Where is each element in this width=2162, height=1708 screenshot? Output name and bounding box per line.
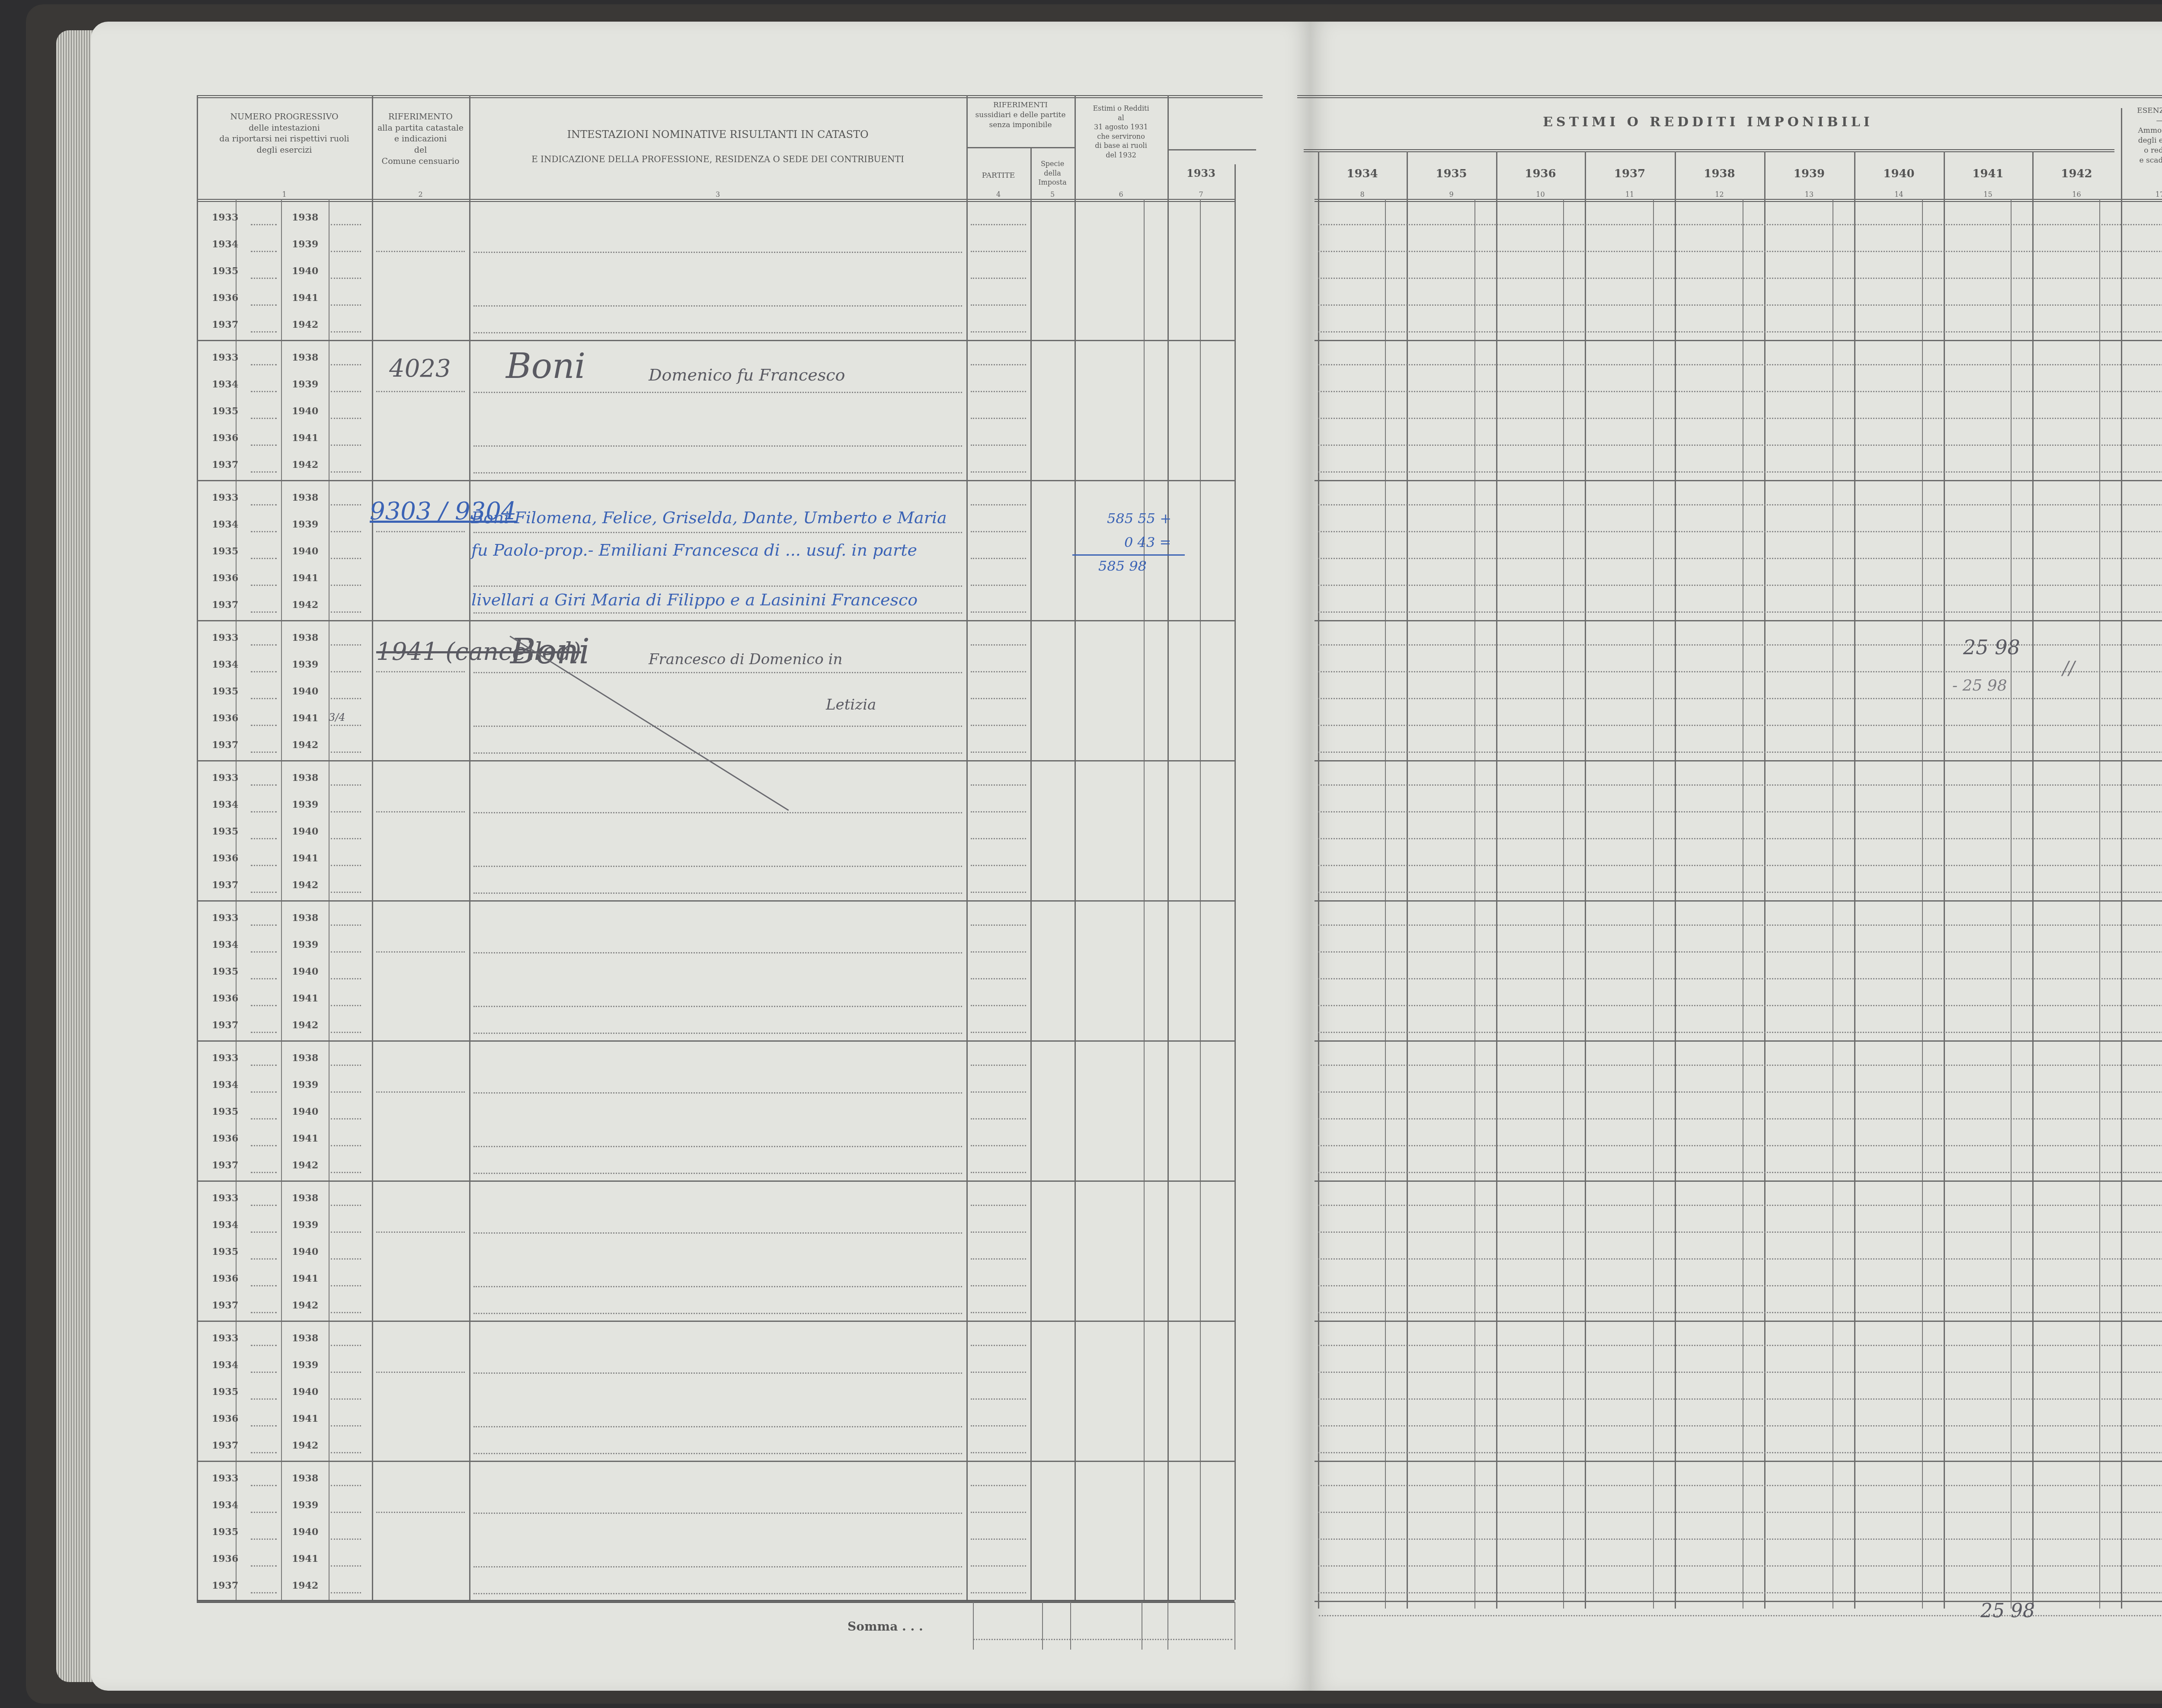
year-label-first: 1936 <box>212 713 238 724</box>
leader-dots <box>331 558 361 559</box>
entry-separator <box>1314 760 2162 761</box>
writing-line <box>473 866 962 867</box>
esenzioni-dots <box>2123 698 2162 699</box>
year-label-second: 1939 <box>292 239 318 250</box>
esenzioni-dots <box>2123 1538 2162 1540</box>
year-label-second: 1941 <box>292 853 318 864</box>
year-column-divider <box>1496 151 1497 1609</box>
year-label-second: 1939 <box>292 1359 318 1371</box>
year-label-second: 1942 <box>292 1160 318 1171</box>
cents-column-line <box>1653 199 1654 1609</box>
header-line: — <box>2121 116 2162 126</box>
leader-dots <box>251 445 277 446</box>
header-line: NUMERO PROGRESSIVO <box>197 112 372 123</box>
header-line: senza imponibile <box>966 120 1075 130</box>
partite-dots <box>971 611 1026 613</box>
esenzioni-dots <box>2123 471 2162 473</box>
esenzioni-dots <box>2123 504 2162 505</box>
year-label-first: 1934 <box>212 379 238 390</box>
writing-line <box>473 1092 962 1094</box>
writing-line <box>473 726 962 727</box>
writing-line <box>473 892 962 894</box>
leader-dots <box>251 611 277 613</box>
esenzioni-dots <box>2123 1032 2162 1033</box>
year-label-second: 1939 <box>292 939 318 950</box>
partite-dots <box>971 585 1026 586</box>
year-label-first: 1937 <box>212 459 238 470</box>
year-label-second: 1940 <box>292 1526 318 1538</box>
header-line: Comune censuario <box>372 156 469 167</box>
leader-dots <box>331 224 361 225</box>
writing-line <box>473 1453 962 1454</box>
esenzioni-dots <box>2123 304 2162 306</box>
leader-dots <box>251 1312 277 1313</box>
leader-dots <box>331 1231 361 1233</box>
writing-line <box>473 305 962 307</box>
partite-dots <box>971 558 1026 559</box>
leader-dots <box>331 1065 361 1066</box>
row-dots <box>1318 1258 2121 1260</box>
partite-dots <box>971 978 1026 979</box>
ref-dots <box>376 391 465 392</box>
leader-dots <box>331 278 361 279</box>
partite-dots <box>971 811 1026 812</box>
row-dots <box>1318 1145 2121 1146</box>
leader-dots <box>251 331 277 333</box>
leader-dots <box>331 445 361 446</box>
header-estimi-1931: Estimi o Redditial31 agosto 1931che serv… <box>1075 104 1167 160</box>
somma-column-line <box>1167 1602 1168 1650</box>
header-line: degli estimi <box>2121 136 2162 146</box>
year-label-second: 1940 <box>292 966 318 977</box>
entry-separator <box>197 480 1235 481</box>
column-number: 6 <box>1113 190 1130 198</box>
header-line: Specie <box>1030 159 1075 169</box>
header-partite: PARTITE <box>966 171 1030 181</box>
row-dots <box>1318 1592 2121 1593</box>
table-bottom-border <box>197 1600 1235 1603</box>
leader-dots <box>331 951 361 953</box>
year-column-divider <box>1944 151 1945 1609</box>
row-dots <box>1318 811 2121 812</box>
leader-dots <box>251 1091 277 1093</box>
header-line: o redditi <box>2121 146 2162 156</box>
mark-1942: // <box>2063 657 2075 678</box>
entry-separator <box>197 1180 1235 1182</box>
year-label-second: 1938 <box>292 1333 318 1344</box>
esenzioni-dots <box>2123 1372 2162 1373</box>
column-number: 15 <box>1944 190 2032 198</box>
cents-column-line <box>2011 199 2012 1609</box>
row-dots <box>1318 671 2121 672</box>
row-dots <box>1318 1425 2121 1427</box>
value-1941: 25 98 <box>1963 636 2020 659</box>
partite-dots <box>971 752 1026 753</box>
esenzioni-dots <box>2123 978 2162 979</box>
year-label-second: 1941 <box>292 1273 318 1284</box>
year-label-first: 1936 <box>212 1553 238 1564</box>
col6-value-line1: 585 55 + <box>1107 510 1171 527</box>
year-label-first: 1936 <box>212 1133 238 1144</box>
header-line: da riportarsi nei rispettivi ruoli <box>197 134 372 145</box>
partite-dots <box>971 1005 1026 1006</box>
year-label-first: 1935 <box>212 1106 238 1117</box>
year-label-second: 1938 <box>292 632 318 643</box>
year-column-divider <box>1407 151 1408 1609</box>
esenzioni-dots <box>2123 531 2162 532</box>
row-dots <box>1318 1312 2121 1313</box>
header-line: di base ai ruoli <box>1075 141 1167 150</box>
esenzioni-dots <box>2123 445 2162 446</box>
leader-dots <box>331 1172 361 1173</box>
header-year-1935: 1935 <box>1407 166 1496 182</box>
row-dots <box>1318 1398 2121 1400</box>
writing-line <box>473 812 962 813</box>
leader-dots <box>251 1005 277 1006</box>
esenzioni-dots <box>2123 251 2162 252</box>
row-dots <box>1318 224 2121 225</box>
leader-dots <box>251 1205 277 1206</box>
page-edges-left <box>56 30 95 1682</box>
year-column-divider <box>1318 151 1319 1609</box>
row-dots <box>1318 585 2121 586</box>
leader-dots <box>251 752 277 753</box>
leader-dots <box>251 251 277 252</box>
column-number: 10 <box>1496 190 1585 198</box>
partite-dots <box>971 364 1026 365</box>
header-bottom-border <box>197 199 1235 202</box>
year-label-first: 1933 <box>212 212 238 223</box>
partite-dots <box>971 1538 1026 1540</box>
header-estimi-redditi-imponibili: ESTIMI O REDDITI IMPONIBILI <box>1384 115 2032 130</box>
row-dots <box>1318 445 2121 446</box>
row-dots <box>1318 1285 2121 1286</box>
column-number: 16 <box>2032 190 2121 198</box>
header-line: Imposta <box>1030 178 1075 187</box>
leader-dots <box>251 1398 277 1400</box>
col6-value-line2: 0 43 = <box>1124 534 1171 550</box>
year-label-first: 1936 <box>212 1273 238 1284</box>
partite-dots <box>971 1485 1026 1486</box>
cents-column-line <box>1922 199 1923 1609</box>
handwritten-given-names: Francesco di Domenico in <box>649 651 842 668</box>
writing-line <box>473 585 962 587</box>
row-dots <box>1318 1032 2121 1033</box>
leader-dots <box>331 611 361 613</box>
leader-dots <box>331 725 361 726</box>
year-label-first: 1933 <box>212 1052 238 1064</box>
row-dots <box>1318 304 2121 306</box>
writing-line <box>473 252 962 253</box>
year-label-second: 1942 <box>292 319 318 330</box>
partite-dots <box>971 865 1026 866</box>
entry-separator <box>1314 620 2162 621</box>
somma-dots <box>973 1639 1232 1640</box>
row-dots <box>1318 978 2121 979</box>
year-label-first: 1933 <box>212 1193 238 1204</box>
writing-line <box>473 1593 962 1594</box>
row-dots <box>1318 784 2121 786</box>
esenzioni-dots <box>2123 391 2162 392</box>
year-column-divider <box>2032 151 2034 1609</box>
esenzioni-dots <box>2123 1398 2162 1400</box>
leader-dots <box>251 1285 277 1286</box>
entry-separator <box>1314 1040 2162 1042</box>
leader-dots <box>251 531 277 532</box>
leader-dots <box>251 1452 277 1453</box>
year-label-second: 1939 <box>292 1079 318 1091</box>
year-label-first: 1937 <box>212 1160 238 1171</box>
writing-line <box>473 1513 962 1514</box>
partite-dots <box>971 1118 1026 1119</box>
header-line: 31 agosto 1931 <box>1075 122 1167 132</box>
partite-dots <box>971 1398 1026 1400</box>
entry-separator <box>197 340 1235 341</box>
leader-dots <box>251 1231 277 1233</box>
year-label-second: 1941 <box>292 292 318 304</box>
leader-dots <box>331 1118 361 1119</box>
leader-dots <box>331 585 361 586</box>
year-label-first: 1934 <box>212 659 238 670</box>
column-number: 3 <box>709 190 726 198</box>
cents-column-line <box>1743 199 1743 1609</box>
entry-separator <box>197 900 1235 902</box>
partite-dots <box>971 1145 1026 1146</box>
partite-dots <box>971 725 1026 726</box>
leader-dots <box>331 892 361 893</box>
header-bottom-border <box>1314 199 2162 202</box>
column-number: 13 <box>1764 190 1854 198</box>
leader-dots <box>251 1425 277 1427</box>
esenzioni-dots <box>2123 1118 2162 1119</box>
handwritten-surname: Boni <box>506 346 585 386</box>
column-number: 5 <box>1044 190 1061 198</box>
row-dots <box>1318 504 2121 505</box>
col6-total: 585 98 <box>1098 558 1147 574</box>
leader-dots <box>331 838 361 839</box>
partite-dots <box>971 1065 1026 1066</box>
header-line: alla partita catastale <box>372 123 469 134</box>
year-label-first: 1933 <box>212 1333 238 1344</box>
year-label-first: 1935 <box>212 265 238 277</box>
leader-dots <box>331 1205 361 1206</box>
year-label-second: 1940 <box>292 406 318 417</box>
year-label-first: 1933 <box>212 772 238 784</box>
ref-dots <box>376 671 465 672</box>
partite-dots <box>971 391 1026 392</box>
esenzioni-dots <box>2123 1485 2162 1486</box>
header-line: degli esercizi <box>197 145 372 156</box>
header-year-1936: 1936 <box>1496 166 1585 182</box>
year-label-second: 1938 <box>292 772 318 784</box>
writing-line <box>473 1146 962 1147</box>
year-label-second: 1938 <box>292 492 318 503</box>
esenzioni-dots <box>2123 725 2162 726</box>
row-dots <box>1318 865 2121 866</box>
entry-separator <box>1314 1321 2162 1322</box>
writing-line <box>473 1006 962 1007</box>
year-label-first: 1936 <box>212 993 238 1004</box>
entry-separator <box>197 1040 1235 1042</box>
esenzioni-dots <box>2123 644 2162 646</box>
leader-dots <box>331 1091 361 1093</box>
row-dots <box>1318 331 2121 333</box>
partite-dots <box>971 698 1026 699</box>
entry-separator <box>197 760 1235 761</box>
leader-dots <box>331 924 361 926</box>
writing-line <box>473 445 962 447</box>
leader-dots <box>251 1032 277 1033</box>
esenzioni-dots <box>2123 671 2162 672</box>
leader-dots <box>331 1285 361 1286</box>
year-label-second: 1941 <box>292 1413 318 1424</box>
year-label-second: 1939 <box>292 379 318 390</box>
esenzioni-dots <box>2123 1425 2162 1427</box>
year-label-second: 1942 <box>292 880 318 891</box>
leader-dots <box>251 1565 277 1567</box>
writing-line <box>473 332 962 333</box>
year-label-second: 1938 <box>292 1193 318 1204</box>
leader-dots <box>251 725 277 726</box>
leader-dots <box>251 471 277 473</box>
year-label-second: 1941 <box>292 713 318 724</box>
ref-dots <box>376 1231 465 1233</box>
header-year-1942: 1942 <box>2032 166 2121 182</box>
somma-column-line <box>1042 1602 1043 1650</box>
leader-dots <box>331 331 361 333</box>
column-number: 12 <box>1675 190 1764 198</box>
leader-dots <box>251 585 277 586</box>
partite-dots <box>971 224 1026 225</box>
esenzioni-dots <box>2123 1452 2162 1453</box>
row-dots <box>1318 1172 2121 1173</box>
leader-dots <box>331 251 361 252</box>
year-label-second: 1942 <box>292 1020 318 1031</box>
header-line: della <box>1030 169 1075 178</box>
leader-dots <box>331 671 361 672</box>
row-dots <box>1318 1345 2121 1346</box>
partite-dots <box>971 1032 1026 1033</box>
subheader-divider <box>966 147 1075 148</box>
somma-value-1941: 25 98 <box>1980 1600 2035 1622</box>
column-divider <box>1235 164 1236 1600</box>
partite-dots <box>971 1372 1026 1373</box>
leader-dots <box>331 978 361 979</box>
row-dots <box>1318 924 2121 926</box>
esenzioni-dots <box>2123 1258 2162 1260</box>
leader-dots <box>251 558 277 559</box>
leader-dots <box>331 1005 361 1006</box>
header-line: ESENZIONI <box>2121 106 2162 116</box>
year-label-second: 1938 <box>292 1473 318 1484</box>
header-line: RIFERIMENTO <box>372 112 469 123</box>
esenzioni-dots <box>2123 865 2162 866</box>
leader-dots <box>251 304 277 306</box>
partite-dots <box>971 418 1026 419</box>
row-dots <box>1318 1065 2121 1066</box>
leader-dots <box>331 1032 361 1033</box>
partite-dots <box>971 924 1026 926</box>
header-year-1939: 1939 <box>1764 166 1854 182</box>
year-label-second: 1941 <box>292 1133 318 1144</box>
entry-separator <box>1314 1180 2162 1182</box>
leader-dots <box>331 1312 361 1313</box>
handwritten-owner-line: livellari a Giri Maria di Filippo e a La… <box>471 590 918 609</box>
header-esenzioni: ESENZIONI—Ammontaredegli estimio redditi… <box>2121 106 2162 166</box>
row-dots <box>1318 752 2121 753</box>
column-number: 2 <box>412 190 429 198</box>
header-riferimento: RIFERIMENTOalla partita catastalee indic… <box>372 112 469 167</box>
header-line: sussidiari e delle partite <box>966 110 1075 120</box>
leader-dots <box>331 504 361 505</box>
leader-dots <box>331 1485 361 1486</box>
partite-dots <box>971 1258 1026 1260</box>
leader-dots <box>251 1145 277 1146</box>
row-dots <box>1318 418 2121 419</box>
entry-separator <box>1314 340 2162 341</box>
esenzioni-dots <box>2123 1285 2162 1286</box>
header-line: Estimi o Redditi <box>1075 104 1167 113</box>
year-label-second: 1939 <box>292 799 318 810</box>
year-label-first: 1935 <box>212 826 238 837</box>
year-label-second: 1939 <box>292 1219 318 1231</box>
subheader-divider <box>1167 149 1256 150</box>
esenzioni-dots <box>2123 558 2162 559</box>
year-label-second: 1940 <box>292 546 318 557</box>
writing-line <box>473 1566 962 1567</box>
value-1941-negative: - 25 98 <box>1952 677 2007 694</box>
leader-dots <box>251 1512 277 1513</box>
esenzioni-dots <box>2123 838 2162 839</box>
year-label-second: 1940 <box>292 1386 318 1398</box>
leader-dots <box>251 1172 277 1173</box>
year-label-second: 1939 <box>292 659 318 670</box>
year-label-second: 1940 <box>292 826 318 837</box>
partite-dots <box>971 1512 1026 1513</box>
writing-line <box>473 532 962 533</box>
year-label-second: 1939 <box>292 519 318 530</box>
header-year-1940: 1940 <box>1854 166 1944 182</box>
leader-dots <box>251 1592 277 1593</box>
partite-dots <box>971 951 1026 953</box>
year-label-first: 1934 <box>212 939 238 950</box>
somma-column-line <box>1235 1602 1235 1650</box>
leader-dots <box>331 364 361 365</box>
year-label-first: 1934 <box>212 799 238 810</box>
esenzioni-dots <box>2123 1091 2162 1093</box>
esenzioni-dots <box>2123 1312 2162 1313</box>
esenzioni-dots <box>2123 752 2162 753</box>
writing-line <box>473 1033 962 1034</box>
year-label-first: 1933 <box>212 632 238 643</box>
leader-dots <box>331 1145 361 1146</box>
year-label-first: 1934 <box>212 519 238 530</box>
ref-dots <box>376 811 465 812</box>
year-label-second: 1940 <box>292 1246 318 1257</box>
entry-separator <box>197 620 1235 621</box>
year-label-first: 1934 <box>212 1500 238 1511</box>
writing-line <box>473 1173 962 1174</box>
leader-dots <box>251 278 277 279</box>
column-divider <box>2121 108 2122 1609</box>
handwritten-given-names: Domenico fu Francesco <box>649 365 845 384</box>
handwritten-residence: Letizia <box>826 696 876 713</box>
year-label-first: 1935 <box>212 686 238 697</box>
leader-dots <box>251 224 277 225</box>
row-dots <box>1318 892 2121 893</box>
year-label-first: 1937 <box>212 739 238 751</box>
year-label-first: 1933 <box>212 1473 238 1484</box>
